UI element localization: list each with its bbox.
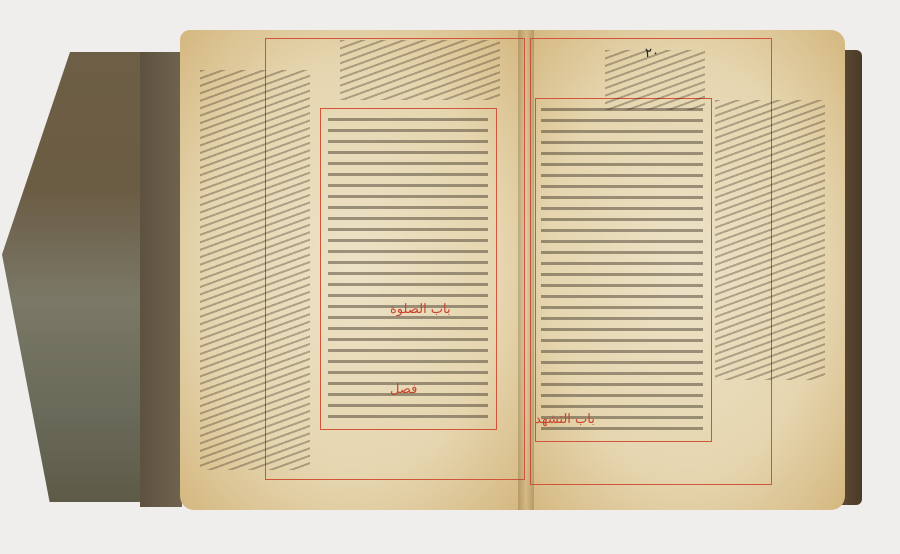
main-text bbox=[328, 118, 488, 418]
right-page: باب التشهد ٢٠ bbox=[525, 30, 845, 510]
main-text bbox=[541, 108, 703, 430]
manuscript-photo: باب الصلوة فصل باب التشهد ٢٠ Photograph … bbox=[0, 0, 900, 554]
folio-mark: ٢٠ bbox=[645, 46, 659, 61]
margin-notes bbox=[200, 70, 310, 470]
margin-notes bbox=[715, 100, 825, 380]
rubric-heading: باب الصلوة bbox=[390, 302, 451, 317]
gutter bbox=[518, 30, 534, 510]
book-spine bbox=[140, 52, 182, 507]
rubric-lower: فصل bbox=[390, 382, 417, 397]
left-page: باب الصلوة فصل bbox=[180, 30, 525, 510]
rubric-heading: باب التشهد bbox=[535, 412, 595, 427]
top-margin-notes bbox=[340, 40, 500, 100]
